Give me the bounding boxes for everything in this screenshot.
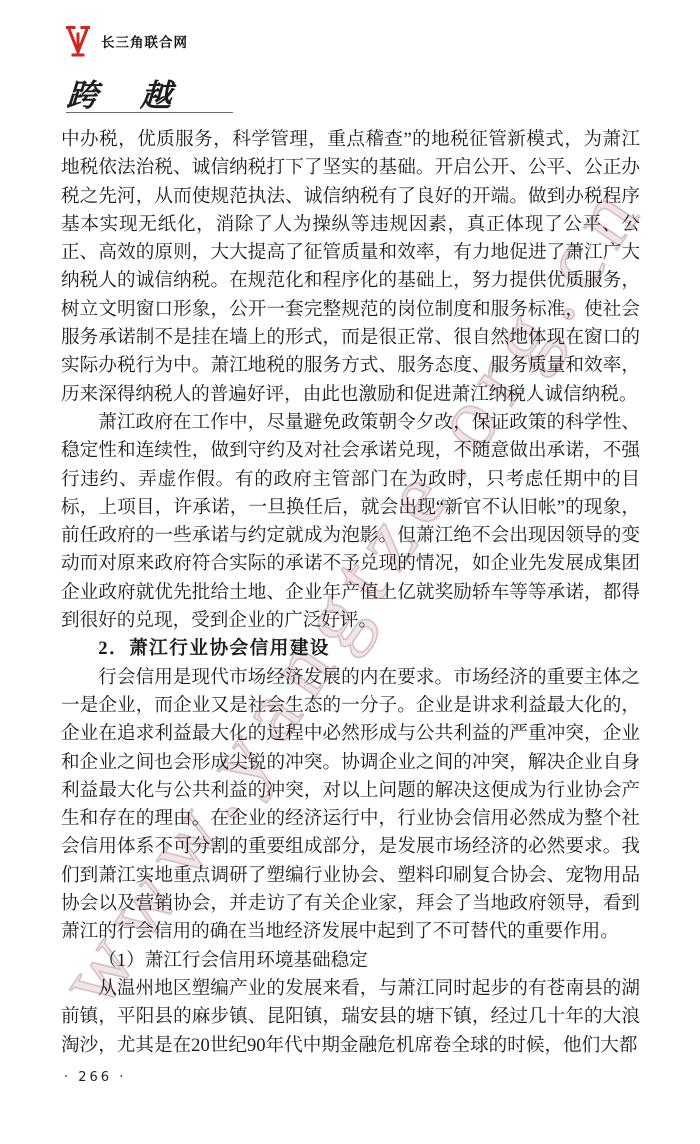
- section-heading-industry-association-credit: 2．萧江行业协会信用建设: [61, 635, 640, 663]
- paragraph-government-credit: 萧江政府在工作中，尽量避免政策朝令夕改，保证政策的科学性、稳定性和连续性，做到守…: [61, 409, 640, 635]
- article-body: 中办税，优质服务，科学管理，重点稽查”的地税征管新模式，为萧江地税依法治税、诚信…: [61, 126, 640, 1060]
- scanned-document-page: www.yangtze.org.cn 长三角联合网 跨 越 中办税，优质服务，科…: [0, 0, 700, 1144]
- yangtze-delta-logo-icon: [66, 25, 90, 57]
- title-underline: [66, 112, 233, 113]
- page-footer: · 266 ·: [64, 1068, 126, 1086]
- paragraph-guild-credit: 行会信用是现代市场经济发展的内在要求。市场经济的重要主体之一是企业，而企业又是社…: [61, 664, 640, 947]
- paragraph-wenzhou-plastic-industry: 从温州地区塑编产业的发展来看，与萧江同时起步的有苍南县的湖前镇，平阳县的麻步镇、…: [61, 975, 640, 1060]
- site-name-label: 长三角联合网: [101, 31, 188, 51]
- sub-heading-credit-environment: （1）萧江行会信用环境基础稳定: [61, 947, 640, 975]
- page-number: · 266 ·: [64, 1070, 126, 1085]
- paragraph-tax-administration: 中办税，优质服务，科学管理，重点稽查”的地税征管新模式，为萧江地税依法治税、诚信…: [61, 126, 640, 409]
- site-header: 长三角联合网: [66, 25, 188, 57]
- book-title: 跨 越: [65, 70, 179, 115]
